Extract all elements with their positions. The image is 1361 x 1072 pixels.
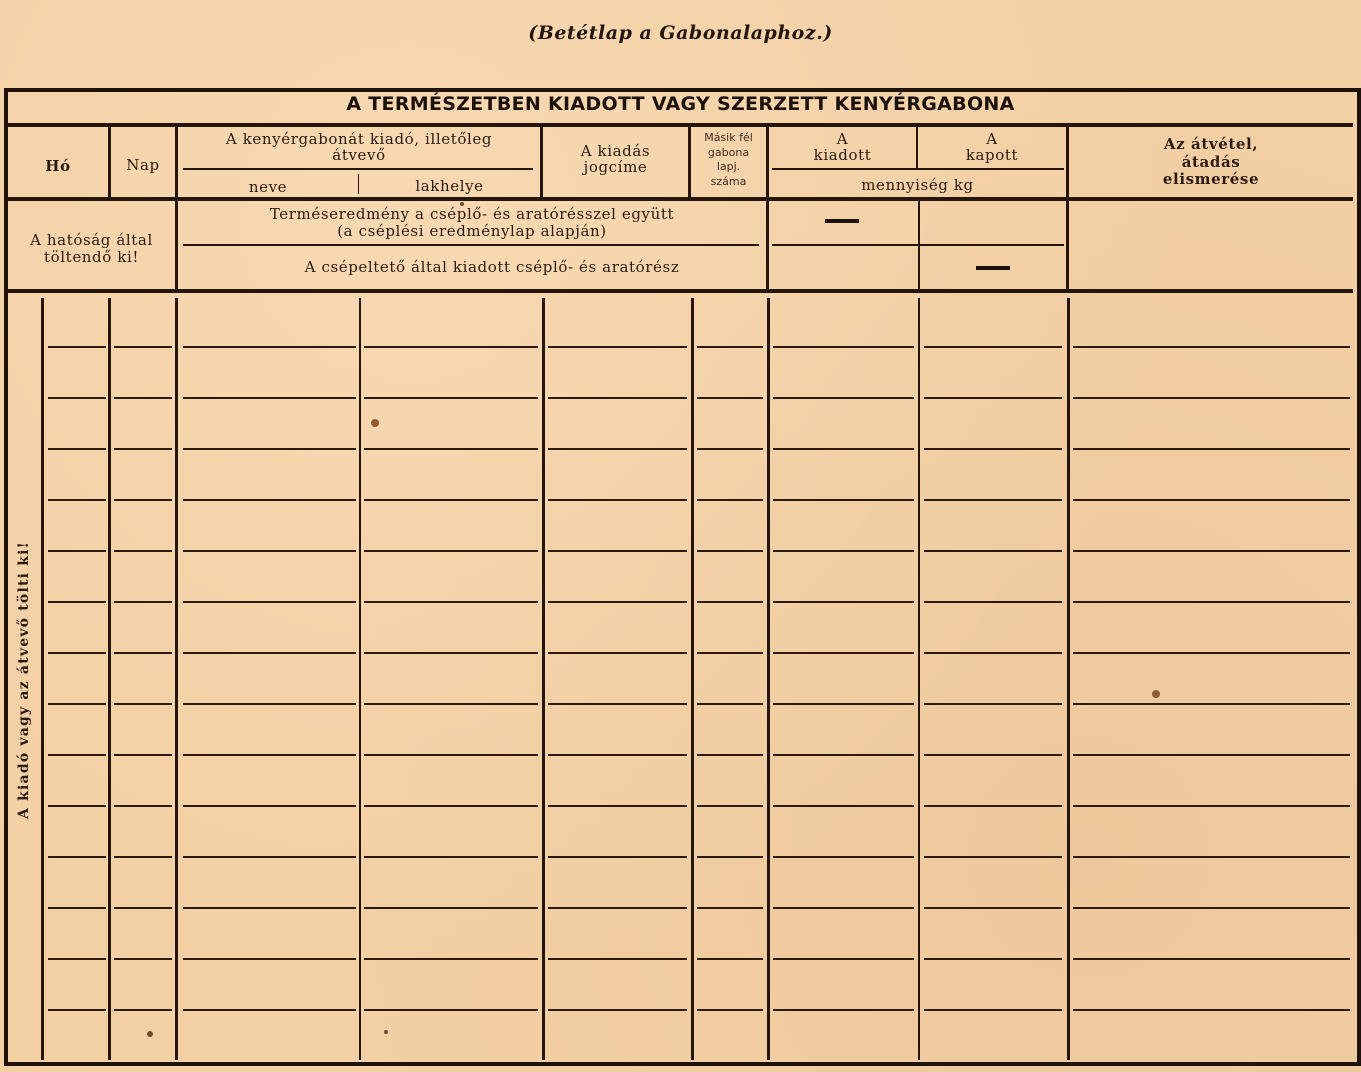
row-separator [114, 652, 172, 654]
row-separator [773, 652, 914, 654]
row-separator [364, 499, 538, 501]
header-party-name: neve [178, 179, 358, 195]
row-separator [48, 754, 106, 756]
header-jogcim-2: jogcíme [543, 159, 688, 175]
row-separator [548, 1009, 687, 1011]
paper-speck [147, 1031, 153, 1037]
entry-col-jogcim [691, 298, 694, 1060]
paper-speck [371, 419, 379, 427]
row-separator [364, 601, 538, 603]
row-separator [697, 397, 763, 399]
authority-row-divider [183, 244, 759, 246]
row-separator [364, 652, 538, 654]
authority-label-1: A hatóság által [8, 232, 175, 248]
row-separator [48, 601, 106, 603]
header-jogcim-1: A kiadás [543, 143, 688, 159]
row-separator [697, 907, 763, 909]
row-separator [548, 499, 687, 501]
row-separator [697, 703, 763, 705]
col-divider-issued-lower [918, 201, 920, 289]
row-separator [364, 346, 538, 348]
row-separator [114, 448, 172, 450]
row-separator [773, 448, 914, 450]
row-separator [548, 907, 687, 909]
row-separator [697, 1009, 763, 1011]
header-received-2: kapott [918, 147, 1066, 163]
form-title: A TERMÉSZETBEN KIADOTT VAGY SZERZETT KEN… [4, 93, 1357, 115]
row-separator [1073, 448, 1350, 450]
row-separator [697, 856, 763, 858]
header-party-group-1: A kenyérgabonát kiadó, illetőleg [178, 131, 540, 147]
row-separator [924, 856, 1062, 858]
row-separator [364, 907, 538, 909]
header-party-group-2: átvevő [178, 147, 540, 163]
row-separator [924, 754, 1062, 756]
authority-divider [8, 289, 1353, 293]
row-separator [1073, 703, 1350, 705]
row-separator [697, 652, 763, 654]
authority-row1-issued-dash [825, 219, 859, 223]
row-separator [364, 550, 538, 552]
header-issued-2: kiadott [769, 147, 916, 163]
entry-col-nap [175, 298, 178, 1060]
row-separator [548, 805, 687, 807]
row-separator [364, 754, 538, 756]
row-separator [114, 703, 172, 705]
row-separator [48, 856, 106, 858]
entry-col-name [359, 298, 361, 1060]
row-separator [114, 958, 172, 960]
row-separator [114, 397, 172, 399]
row-separator [924, 550, 1062, 552]
header-divider [8, 197, 1353, 201]
row-separator [183, 499, 356, 501]
row-separator [1073, 907, 1350, 909]
row-separator [1073, 754, 1350, 756]
row-separator [924, 397, 1062, 399]
row-separator [773, 703, 914, 705]
row-separator [773, 1009, 914, 1011]
row-separator [364, 703, 538, 705]
row-separator [364, 958, 538, 960]
header-other-party-3: lapj. [691, 161, 766, 173]
header-received-1: A [918, 131, 1066, 147]
row-separator [697, 550, 763, 552]
header-issued-1: A [769, 131, 916, 147]
authority-row2: A csépeltető által kiadott cséplő- és ar… [178, 259, 786, 275]
row-separator [183, 856, 356, 858]
row-separator [924, 1009, 1062, 1011]
row-separator [114, 805, 172, 807]
row-separator [1073, 856, 1350, 858]
party-subheader-line [183, 168, 533, 170]
row-separator [48, 499, 106, 501]
entry-col-issued [918, 298, 920, 1060]
row-separator [697, 499, 763, 501]
row-separator [773, 958, 914, 960]
row-separator [114, 346, 172, 348]
row-separator [924, 805, 1062, 807]
row-separator [114, 754, 172, 756]
row-separator [773, 754, 914, 756]
row-separator [1073, 397, 1350, 399]
row-separator [548, 703, 687, 705]
entry-col-residence [542, 298, 545, 1060]
row-separator [114, 856, 172, 858]
row-separator [924, 346, 1062, 348]
row-separator [1073, 805, 1350, 807]
row-separator [697, 601, 763, 603]
row-separator [773, 601, 914, 603]
row-separator [183, 907, 356, 909]
authority-row2-received-dash [976, 266, 1010, 270]
row-separator [364, 1009, 538, 1011]
row-separator [364, 397, 538, 399]
row-separator [48, 550, 106, 552]
row-separator [48, 703, 106, 705]
row-separator [773, 550, 914, 552]
row-separator [697, 958, 763, 960]
entry-side-label: A kiadó vagy az átvevő tölti ki! [7, 515, 41, 845]
row-separator [924, 448, 1062, 450]
form-caption: (Betétlap a Gabonalaphoz.) [0, 22, 1361, 44]
row-separator [183, 346, 356, 348]
entry-side-divider [41, 298, 44, 1060]
header-other-party-4: száma [691, 176, 766, 188]
row-separator [924, 703, 1062, 705]
row-separator [548, 856, 687, 858]
row-separator [183, 805, 356, 807]
row-separator [924, 958, 1062, 960]
row-separator [48, 346, 106, 348]
row-separator [1073, 346, 1350, 348]
row-separator [548, 601, 687, 603]
row-separator [48, 397, 106, 399]
row-separator [697, 448, 763, 450]
row-separator [697, 346, 763, 348]
header-ack-1: Az átvétel, [1069, 136, 1353, 152]
row-separator [924, 907, 1062, 909]
row-separator [48, 652, 106, 654]
row-separator [924, 499, 1062, 501]
row-separator [697, 805, 763, 807]
row-separator [48, 448, 106, 450]
header-other-party-1: Másik fél [691, 132, 766, 144]
row-separator [548, 346, 687, 348]
row-separator [697, 754, 763, 756]
row-separator [183, 448, 356, 450]
row-separator [114, 601, 172, 603]
authority-row1-line2: (a cséplési eredménylap alapján) [178, 223, 766, 239]
row-separator [1073, 601, 1350, 603]
row-separator [183, 550, 356, 552]
paper-speck [460, 202, 464, 206]
row-separator [548, 397, 687, 399]
row-separator [773, 499, 914, 501]
row-separator [548, 448, 687, 450]
entry-col-other [767, 298, 770, 1060]
row-separator [183, 601, 356, 603]
header-other-party-2: gabona [691, 147, 766, 159]
row-separator [364, 448, 538, 450]
row-separator [183, 1009, 356, 1011]
header-nap: Nap [111, 157, 175, 173]
row-separator [114, 1009, 172, 1011]
row-separator [548, 754, 687, 756]
header-ho: Hó [8, 158, 108, 174]
row-separator [773, 346, 914, 348]
row-separator [183, 652, 356, 654]
row-separator [114, 550, 172, 552]
row-separator [773, 805, 914, 807]
row-separator [1073, 652, 1350, 654]
entry-col-received [1067, 298, 1070, 1060]
header-ack-2: átadás [1069, 154, 1353, 170]
row-separator [1073, 499, 1350, 501]
row-separator [548, 550, 687, 552]
title-divider [8, 123, 1353, 127]
row-separator [183, 958, 356, 960]
row-separator [114, 499, 172, 501]
row-separator [773, 397, 914, 399]
row-separator [48, 1009, 106, 1011]
row-separator [1073, 958, 1350, 960]
row-separator [773, 907, 914, 909]
row-separator [773, 856, 914, 858]
row-separator [548, 958, 687, 960]
paper-speck [384, 1030, 388, 1034]
header-quantity-unit: mennyiség kg [769, 177, 1066, 193]
authority-row1-line1: Terméseredmény a cséplő- és aratórésszel… [178, 206, 766, 222]
row-separator [1073, 1009, 1350, 1011]
row-separator [364, 856, 538, 858]
row-separator [48, 958, 106, 960]
header-ack-3: elismerése [1069, 171, 1353, 187]
header-party-residence: lakhelye [359, 178, 540, 194]
entry-side-label-text: A kiadó vagy az átvevő tölti ki! [16, 541, 32, 819]
authority-label-2: töltendő ki! [8, 249, 175, 265]
row-separator [114, 907, 172, 909]
row-separator [183, 703, 356, 705]
paper-speck [1152, 690, 1160, 698]
row-separator [48, 907, 106, 909]
row-separator [548, 652, 687, 654]
row-separator [183, 754, 356, 756]
row-separator [183, 397, 356, 399]
quantity-subheader-line [772, 168, 1064, 170]
row-separator [1073, 550, 1350, 552]
entry-col-ho [108, 298, 111, 1060]
row-separator [924, 601, 1062, 603]
row-separator [364, 805, 538, 807]
row-separator [48, 805, 106, 807]
row-separator [924, 652, 1062, 654]
